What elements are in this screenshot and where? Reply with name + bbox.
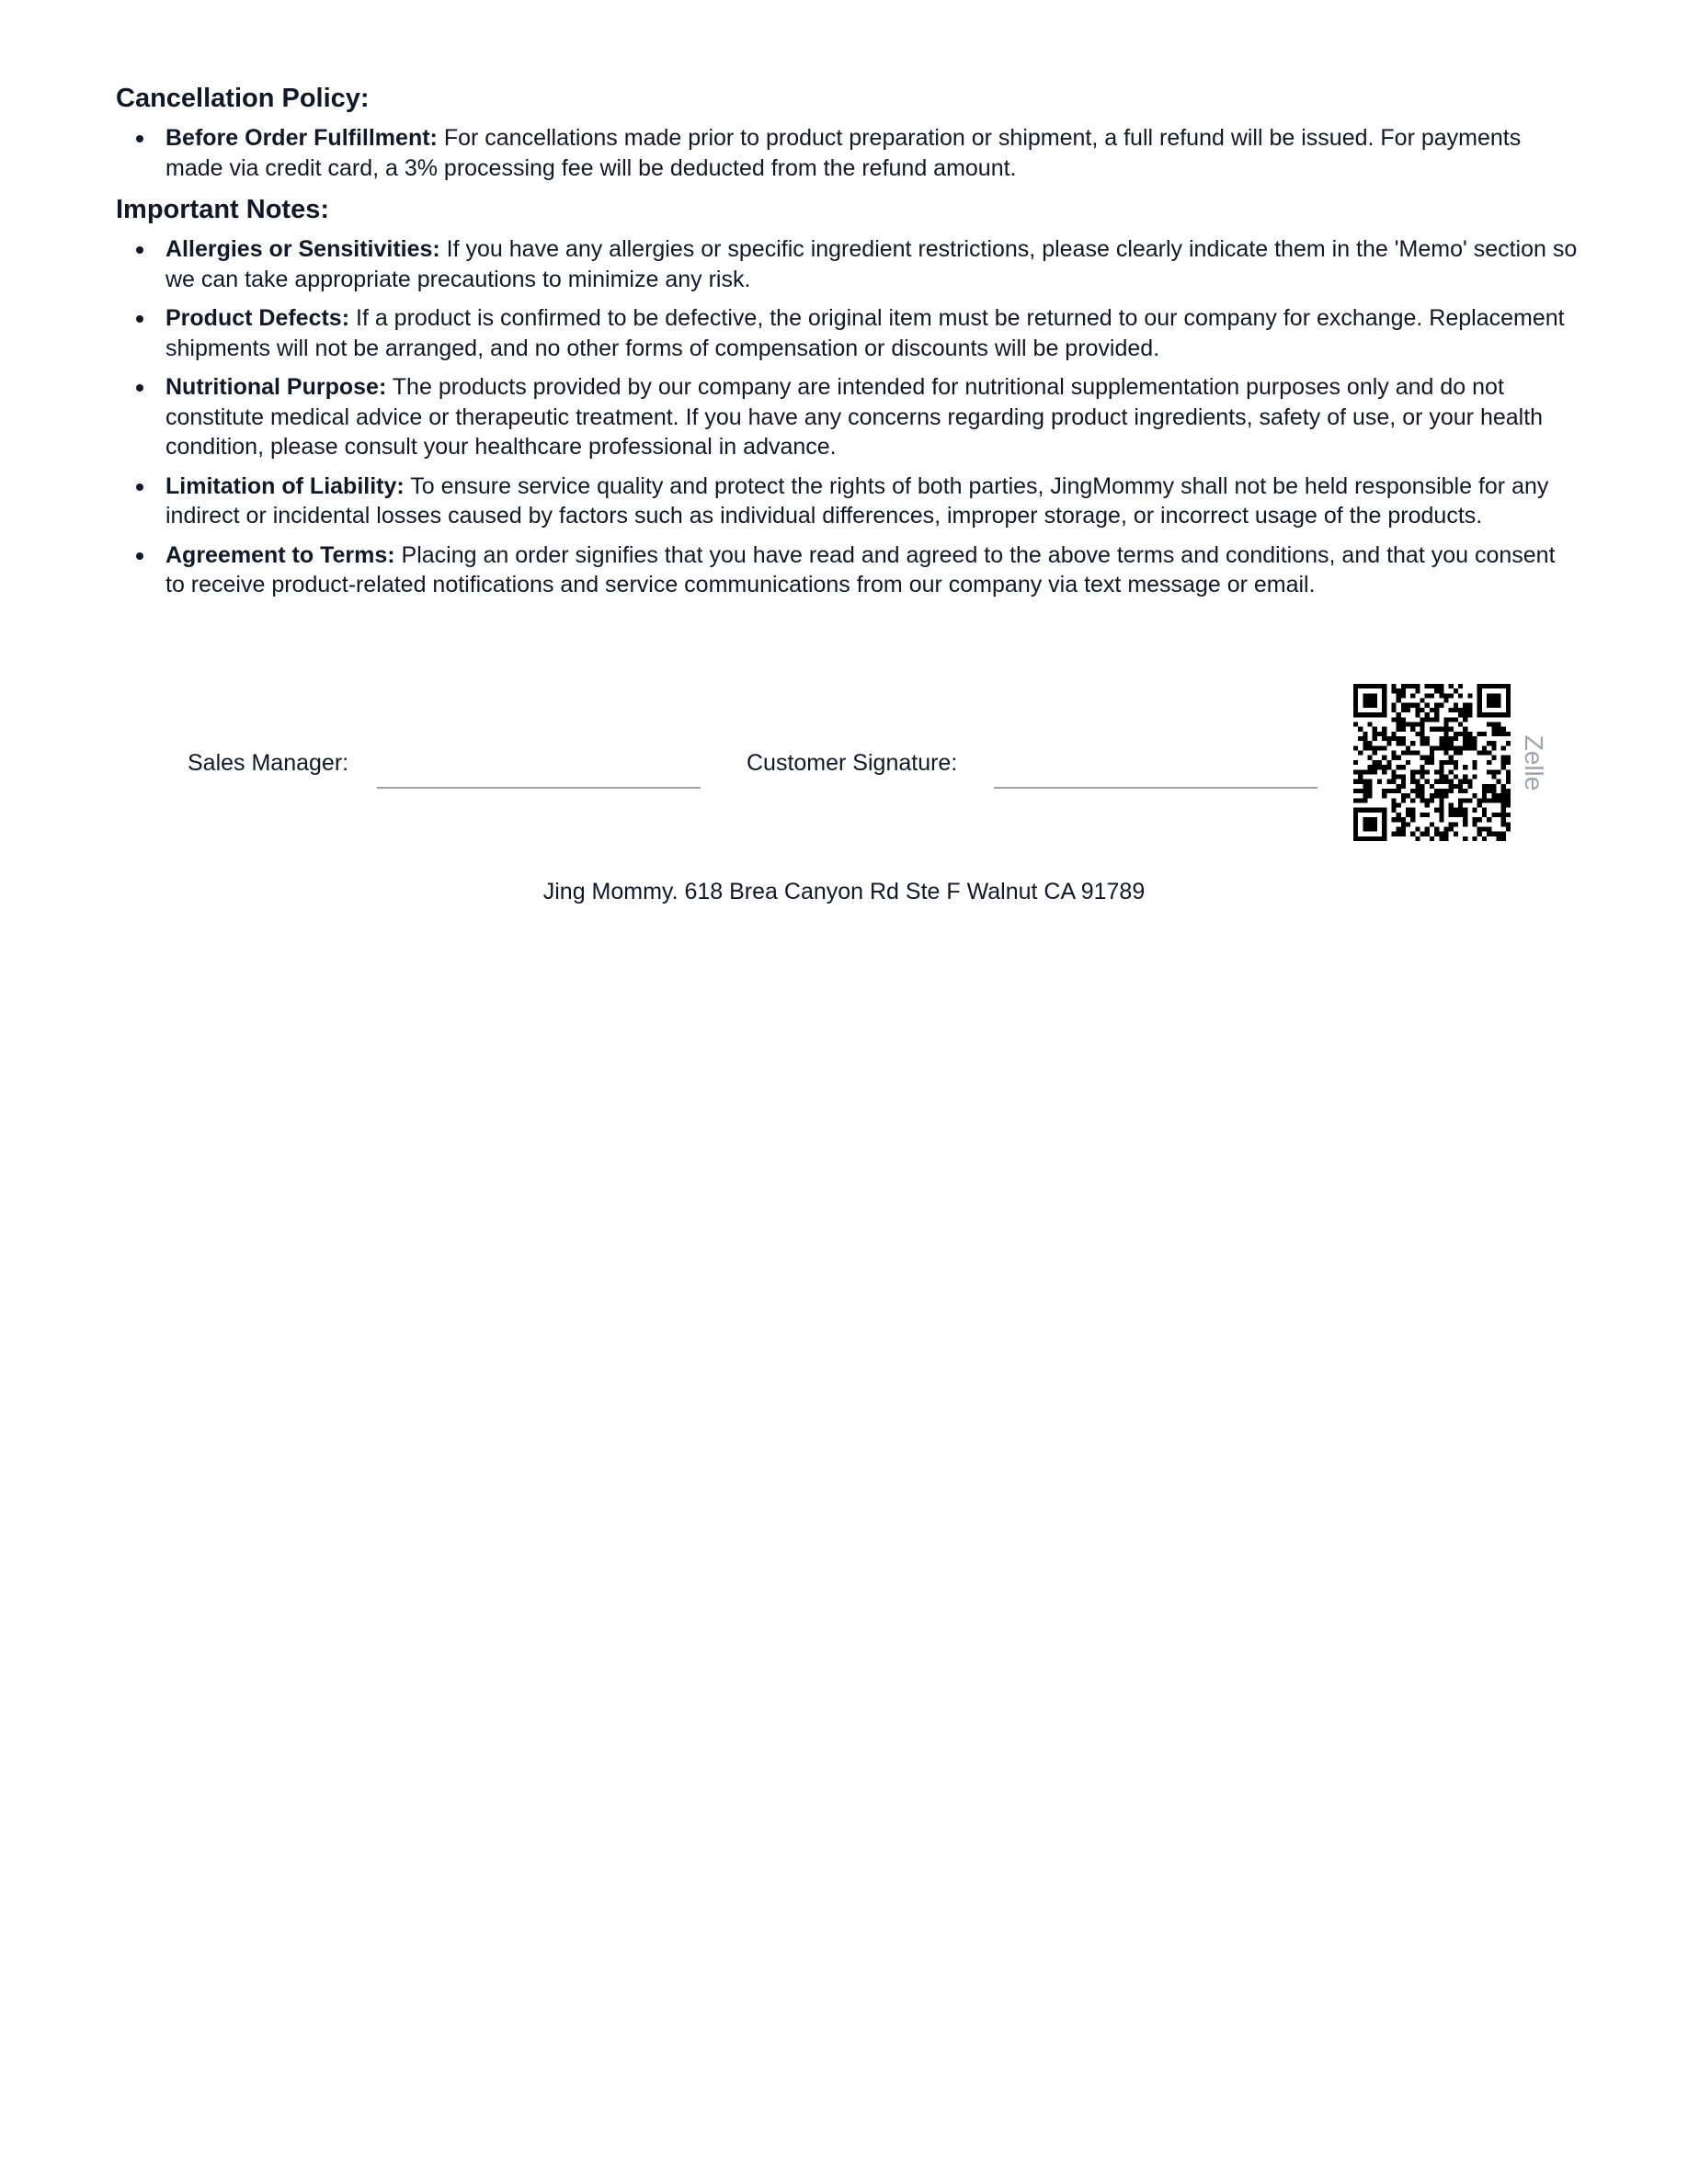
list-item: Nutritional Purpose: The products provid… [116, 372, 1578, 462]
item-title: Agreement to Terms: [165, 542, 395, 568]
important-notes-heading: Important Notes: [116, 192, 1578, 227]
bullet-icon [136, 135, 143, 142]
bullet-icon [136, 384, 143, 392]
customer-signature-line[interactable] [994, 787, 1317, 789]
list-item: Product Defects: If a product is confirm… [116, 303, 1578, 363]
list-item: Before Order Fulfillment: For cancellati… [116, 123, 1578, 183]
bullet-icon [136, 246, 143, 254]
list-item: Agreement to Terms: Placing an order sig… [116, 540, 1578, 600]
sales-manager-signature-line[interactable] [377, 787, 701, 789]
qr-code-icon [1353, 684, 1511, 841]
important-notes-list: Allergies or Sensitivities: If you have … [116, 234, 1578, 600]
item-title: Product Defects: [165, 305, 349, 331]
item-title: Allergies or Sensitivities: [165, 236, 440, 262]
zelle-label: Zelle [1519, 735, 1548, 791]
cancellation-policy-heading: Cancellation Policy: [116, 81, 1578, 116]
bullet-icon [136, 552, 143, 560]
list-item: Limitation of Liability: To ensure servi… [116, 472, 1578, 531]
list-item: Allergies or Sensitivities: If you have … [116, 234, 1578, 294]
bullet-icon [136, 315, 143, 323]
item-text: If a product is confirmed to be defectiv… [165, 305, 1565, 361]
item-title: Before Order Fulfillment: [165, 125, 438, 151]
footer-address: Jing Mommy. 618 Brea Canyon Rd Ste F Wal… [0, 879, 1688, 905]
item-title: Limitation of Liability: [165, 473, 405, 499]
policy-document: Cancellation Policy: Before Order Fulfil… [116, 81, 1578, 609]
bullet-icon [136, 483, 143, 491]
signature-row: Sales Manager: Customer Signature: Zelle [116, 684, 1578, 845]
sales-manager-label: Sales Manager: [188, 750, 348, 777]
cancellation-policy-list: Before Order Fulfillment: For cancellati… [116, 123, 1578, 183]
item-title: Nutritional Purpose: [165, 374, 386, 400]
customer-signature-label: Customer Signature: [747, 750, 957, 777]
